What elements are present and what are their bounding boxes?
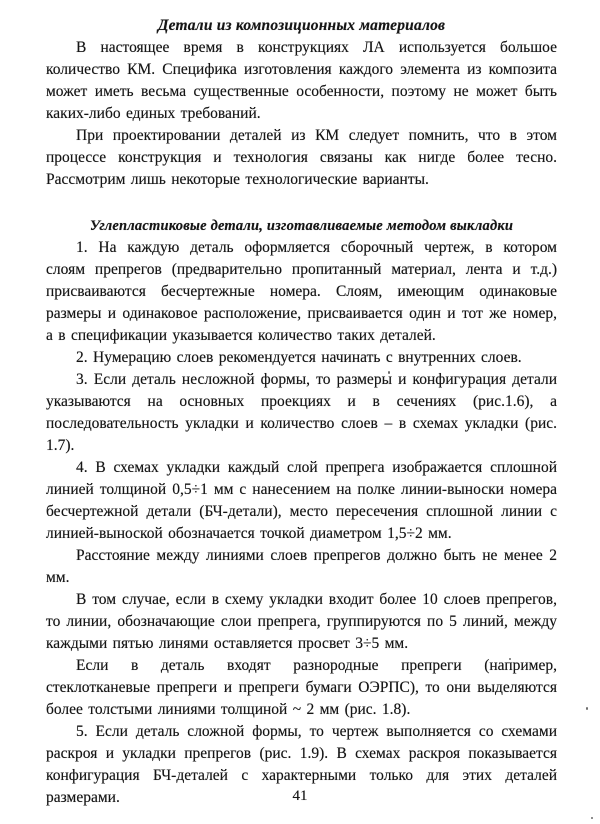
paragraph-heterogeneous-prepregs: Если в деталь входят разнородные препрег… bbox=[46, 655, 557, 721]
intro-paragraph-2: При проектировании деталей из КМ следует… bbox=[46, 125, 557, 191]
intro-paragraph-1: В настоящее время в конструкциях ЛА испо… bbox=[46, 37, 557, 125]
page-title: Детали из композиционных материалов bbox=[46, 15, 557, 37]
scan-speck bbox=[591, 817, 593, 819]
text-block: Детали из композиционных материалов В на… bbox=[0, 15, 600, 809]
page-number: 41 bbox=[0, 788, 600, 805]
list-item-3: 3. Если деталь несложной формы, то разме… bbox=[46, 369, 557, 457]
list-item-4: 4. В схемах укладки каждый слой препрега… bbox=[46, 457, 557, 545]
list-item-2: 2. Нумерацию слоев рекомендуется начинат… bbox=[46, 347, 557, 369]
list-item-1: 1. На каждую деталь оформляется сборочны… bbox=[46, 237, 557, 347]
section-subtitle: Углепластиковые детали, изготавливаемые … bbox=[46, 215, 557, 237]
scan-speck bbox=[586, 707, 588, 710]
scan-speck bbox=[388, 371, 390, 374]
paragraph-ten-layers-rule: В том случае, если в схему укладки входи… bbox=[46, 589, 557, 655]
document-page: Детали из композиционных материалов В на… bbox=[0, 0, 600, 824]
scan-speck bbox=[509, 658, 511, 660]
paragraph-distance-rule: Расстояние между линиями слоев препрегов… bbox=[46, 545, 557, 589]
